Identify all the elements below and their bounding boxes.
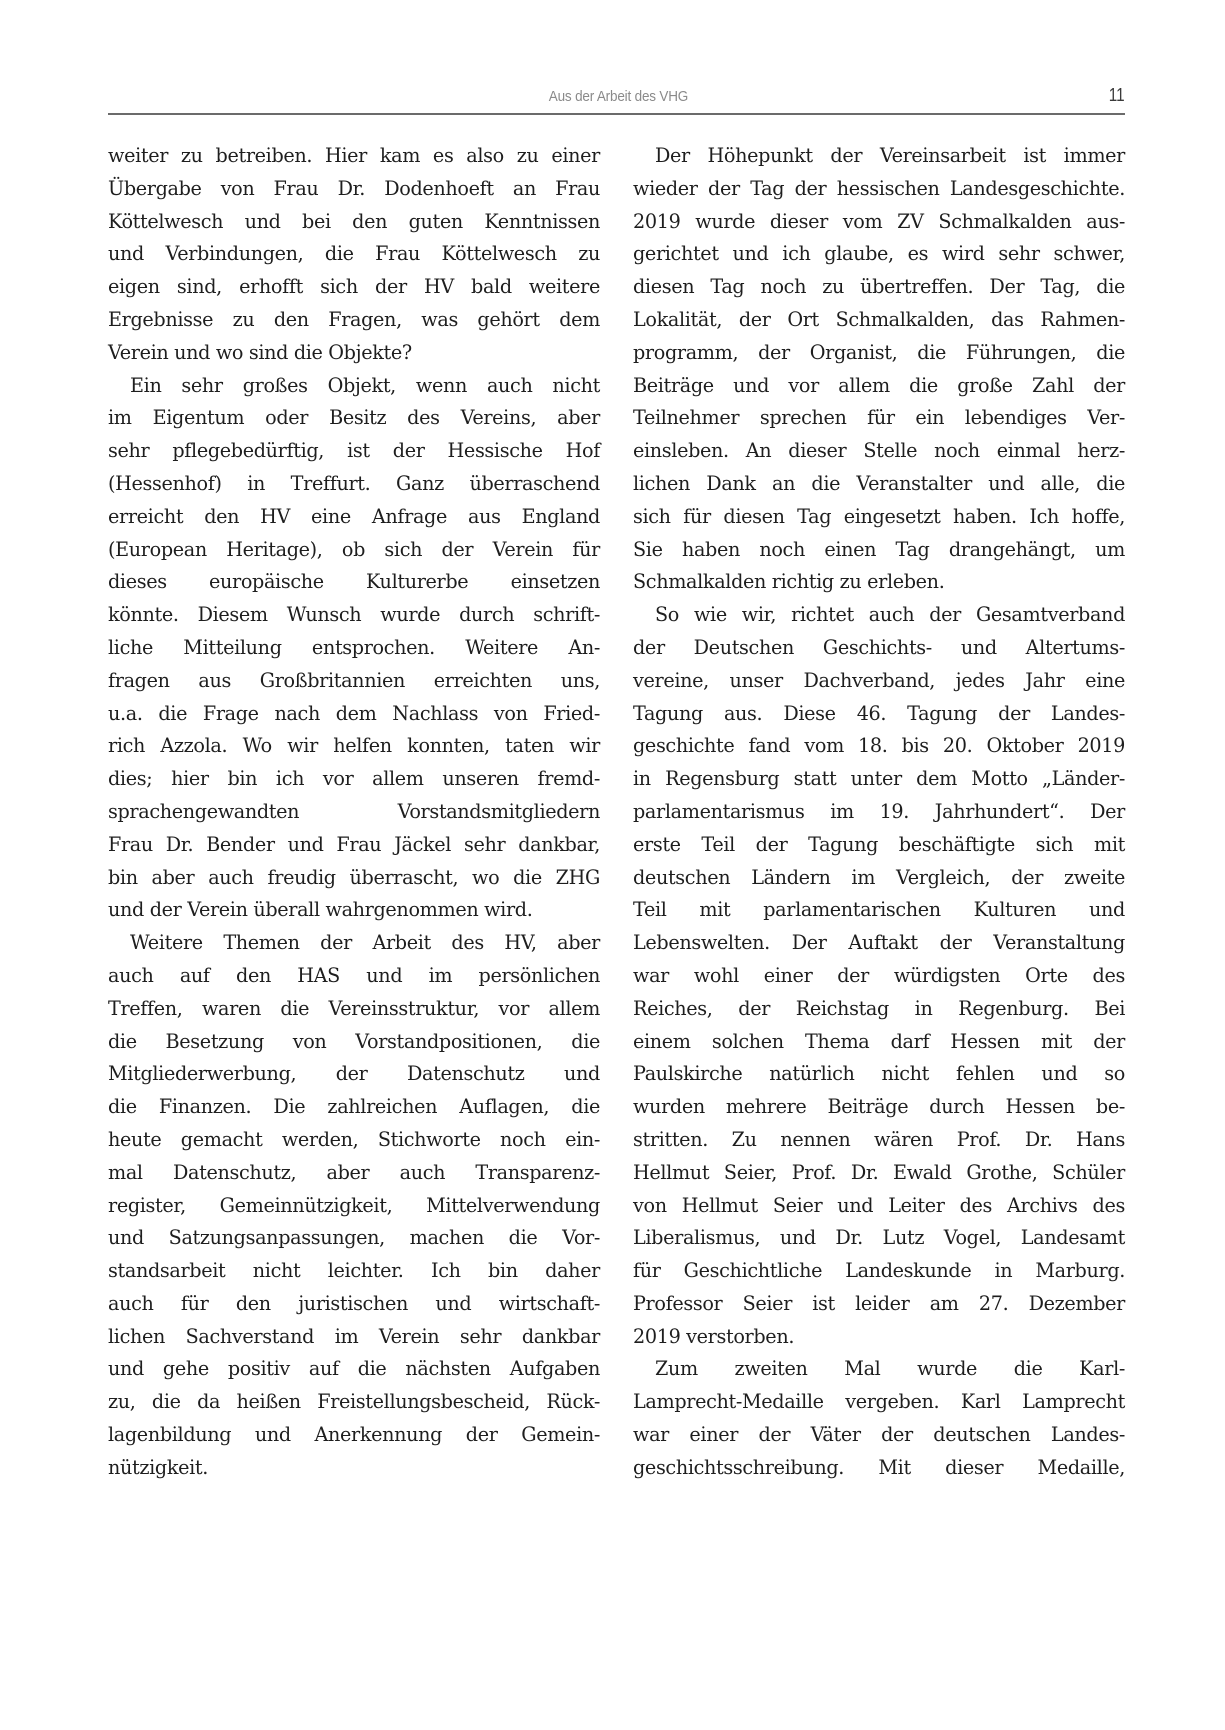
text-line: im Eigentum oder Besitz des Vereins, abe… bbox=[108, 402, 600, 435]
text-line: deutschen Ländern im Vergleich, der zwei… bbox=[633, 862, 1125, 895]
text-line: lichen Sachverstand im Verein sehr dankb… bbox=[108, 1321, 600, 1354]
text-line: geschichtsschreibung. Mit dieser Medaill… bbox=[633, 1452, 1125, 1485]
running-header: Aus der Arbeit des VHG 11 bbox=[108, 82, 1125, 115]
text-line: sich für diesen Tag eingesetzt haben. Ic… bbox=[633, 501, 1125, 534]
text-line: gerichtet und ich glaube, es wird sehr s… bbox=[633, 238, 1125, 271]
text-line: (European Heritage), ob sich der Verein … bbox=[108, 534, 600, 567]
text-line: stritten. Zu nennen wären Prof. Dr. Hans bbox=[633, 1124, 1125, 1157]
text-line: dieses europäische Kulturerbe einsetzen bbox=[108, 566, 600, 599]
text-line: Teilnehmer sprechen für ein lebendiges V… bbox=[633, 402, 1125, 435]
text-line: einsleben. An dieser Stelle noch einmal … bbox=[633, 435, 1125, 468]
paragraph: Ein sehr großes Objekt, wenn auch nichti… bbox=[108, 370, 600, 928]
text-line: Weitere Themen der Arbeit des HV, aber bbox=[108, 927, 600, 960]
text-line: und Satzungsanpassungen, machen die Vor- bbox=[108, 1222, 600, 1255]
text-line: Sie haben noch einen Tag drangehängt, um bbox=[633, 534, 1125, 567]
text-line: lichen Dank an die Veranstalter und alle… bbox=[633, 468, 1125, 501]
text-line: liche Mitteilung entsprochen. Weitere An… bbox=[108, 632, 600, 665]
running-title: Aus der Arbeit des VHG bbox=[161, 88, 1076, 105]
text-line: Ergebnisse zu den Fragen, was gehört dem bbox=[108, 304, 600, 337]
text-line: Paulskirche natürlich nicht fehlen und s… bbox=[633, 1058, 1125, 1091]
text-line: war einer der Väter der deutschen Landes… bbox=[633, 1419, 1125, 1452]
text-line: Lebenswelten. Der Auftakt der Veranstalt… bbox=[633, 927, 1125, 960]
text-line: sprachengewandten Vorstandsmitgliedern bbox=[108, 796, 600, 829]
text-line: und der Verein überall wahrgenommen wird… bbox=[108, 894, 600, 927]
paragraph: Der Höhepunkt der Vereinsarbeit ist imme… bbox=[633, 140, 1125, 599]
text-line: auch auf den HAS und im persönlichen bbox=[108, 960, 600, 993]
text-line: Lamprecht-Medaille vergeben. Karl Lampre… bbox=[633, 1386, 1125, 1419]
text-line: erste Teil der Tagung beschäftigte sich … bbox=[633, 829, 1125, 862]
text-line: wieder der Tag der hessischen Landesgesc… bbox=[633, 173, 1125, 206]
text-line: Treffen, waren die Vereinsstruktur, vor … bbox=[108, 993, 600, 1026]
text-line: geschichte fand vom 18. bis 20. Oktober … bbox=[633, 730, 1125, 763]
text-line: 2019 wurde dieser vom ZV Schmalkalden au… bbox=[633, 206, 1125, 239]
text-line: programm, der Organist, die Führungen, d… bbox=[633, 337, 1125, 370]
text-line: der Deutschen Geschichts- und Altertums- bbox=[633, 632, 1125, 665]
text-line: wurden mehrere Beiträge durch Hessen be- bbox=[633, 1091, 1125, 1124]
text-line: und Verbindungen, die Frau Köttelwesch z… bbox=[108, 238, 600, 271]
text-line: für Geschichtliche Landeskunde in Marbur… bbox=[633, 1255, 1125, 1288]
text-line: heute gemacht werden, Stichworte noch ei… bbox=[108, 1124, 600, 1157]
text-line: diesen Tag noch zu übertreffen. Der Tag,… bbox=[633, 271, 1125, 304]
left-column: weiter zu betreiben. Hier kam es also zu… bbox=[108, 140, 600, 1485]
text-line: weiter zu betreiben. Hier kam es also zu… bbox=[108, 140, 600, 173]
text-line: Reiches, der Reichstag in Regenburg. Bei bbox=[633, 993, 1125, 1026]
text-line: auch für den juristischen und wirtschaft… bbox=[108, 1288, 600, 1321]
text-line: Frau Dr. Bender und Frau Jäckel sehr dan… bbox=[108, 829, 600, 862]
text-line: bin aber auch freudig überrascht, wo die… bbox=[108, 862, 600, 895]
text-line: zu, die da heißen Freistellungsbescheid,… bbox=[108, 1386, 600, 1419]
text-line: einem solchen Thema darf Hessen mit der bbox=[633, 1026, 1125, 1059]
text-line: eigen sind, erhofft sich der HV bald wei… bbox=[108, 271, 600, 304]
text-line: die Besetzung von Vorstandpositionen, di… bbox=[108, 1026, 600, 1059]
text-line: Übergabe von Frau Dr. Dodenhoeft an Frau bbox=[108, 173, 600, 206]
text-line: Hellmut Seier, Prof. Dr. Ewald Grothe, S… bbox=[633, 1157, 1125, 1190]
text-line: sehr pflegebedürftig, ist der Hessische … bbox=[108, 435, 600, 468]
text-line: Schmalkalden richtig zu erleben. bbox=[633, 566, 1125, 599]
text-line: die Finanzen. Die zahlreichen Auflagen, … bbox=[108, 1091, 600, 1124]
text-line: Ein sehr großes Objekt, wenn auch nicht bbox=[108, 370, 600, 403]
text-line: Zum zweiten Mal wurde die Karl- bbox=[633, 1353, 1125, 1386]
text-line: rich Azzola. Wo wir helfen konnten, tate… bbox=[108, 730, 600, 763]
text-line: von Hellmut Seier und Leiter des Archivs… bbox=[633, 1190, 1125, 1223]
text-line: und gehe positiv auf die nächsten Aufgab… bbox=[108, 1353, 600, 1386]
text-line: Tagung aus. Diese 46. Tagung der Landes- bbox=[633, 698, 1125, 731]
paragraph: Zum zweiten Mal wurde die Karl-Lamprecht… bbox=[633, 1353, 1125, 1484]
text-line: könnte. Diesem Wunsch wurde durch schrif… bbox=[108, 599, 600, 632]
text-line: Der Höhepunkt der Vereinsarbeit ist imme… bbox=[633, 140, 1125, 173]
text-line: fragen aus Großbritannien erreichten uns… bbox=[108, 665, 600, 698]
text-line: vereine, unser Dachverband, jedes Jahr e… bbox=[633, 665, 1125, 698]
text-line: Beiträge und vor allem die große Zahl de… bbox=[633, 370, 1125, 403]
text-line: Teil mit parlamentarischen Kulturen und bbox=[633, 894, 1125, 927]
page-number: 11 bbox=[1109, 85, 1125, 106]
paragraph: weiter zu betreiben. Hier kam es also zu… bbox=[108, 140, 600, 370]
text-line: mal Datenschutz, aber auch Transparenz- bbox=[108, 1157, 600, 1190]
text-line: Liberalismus, und Dr. Lutz Vogel, Landes… bbox=[633, 1222, 1125, 1255]
paragraph: So wie wir, richtet auch der Gesamtverba… bbox=[633, 599, 1125, 1353]
text-line: (Hessenhof) in Treffurt. Ganz überrasche… bbox=[108, 468, 600, 501]
text-line: Köttelwesch und bei den guten Kenntnisse… bbox=[108, 206, 600, 239]
text-line: parlamentarismus im 19. Jahrhundert“. De… bbox=[633, 796, 1125, 829]
text-line: So wie wir, richtet auch der Gesamtverba… bbox=[633, 599, 1125, 632]
text-line: lagenbildung und Anerkennung der Gemein- bbox=[108, 1419, 600, 1452]
text-line: Lokalität, der Ort Schmalkalden, das Rah… bbox=[633, 304, 1125, 337]
text-line: u.a. die Frage nach dem Nachlass von Fri… bbox=[108, 698, 600, 731]
text-line: Mitgliederwerbung, der Datenschutz und bbox=[108, 1058, 600, 1091]
text-line: war wohl einer der würdigsten Orte des bbox=[633, 960, 1125, 993]
text-line: Professor Seier ist leider am 27. Dezemb… bbox=[633, 1288, 1125, 1321]
text-line: 2019 verstorben. bbox=[633, 1321, 1125, 1354]
text-line: in Regensburg statt unter dem Motto „Län… bbox=[633, 763, 1125, 796]
text-line: Verein und wo sind die Objekte? bbox=[108, 337, 600, 370]
text-line: erreicht den HV eine Anfrage aus England bbox=[108, 501, 600, 534]
text-line: nützigkeit. bbox=[108, 1452, 600, 1485]
right-column: Der Höhepunkt der Vereinsarbeit ist imme… bbox=[633, 140, 1125, 1485]
paragraph: Weitere Themen der Arbeit des HV, aberau… bbox=[108, 927, 600, 1485]
text-line: register, Gemeinnützigkeit, Mittelverwen… bbox=[108, 1190, 600, 1223]
text-line: standsarbeit nicht leichter. Ich bin dah… bbox=[108, 1255, 600, 1288]
text-line: dies; hier bin ich vor allem unseren fre… bbox=[108, 763, 600, 796]
